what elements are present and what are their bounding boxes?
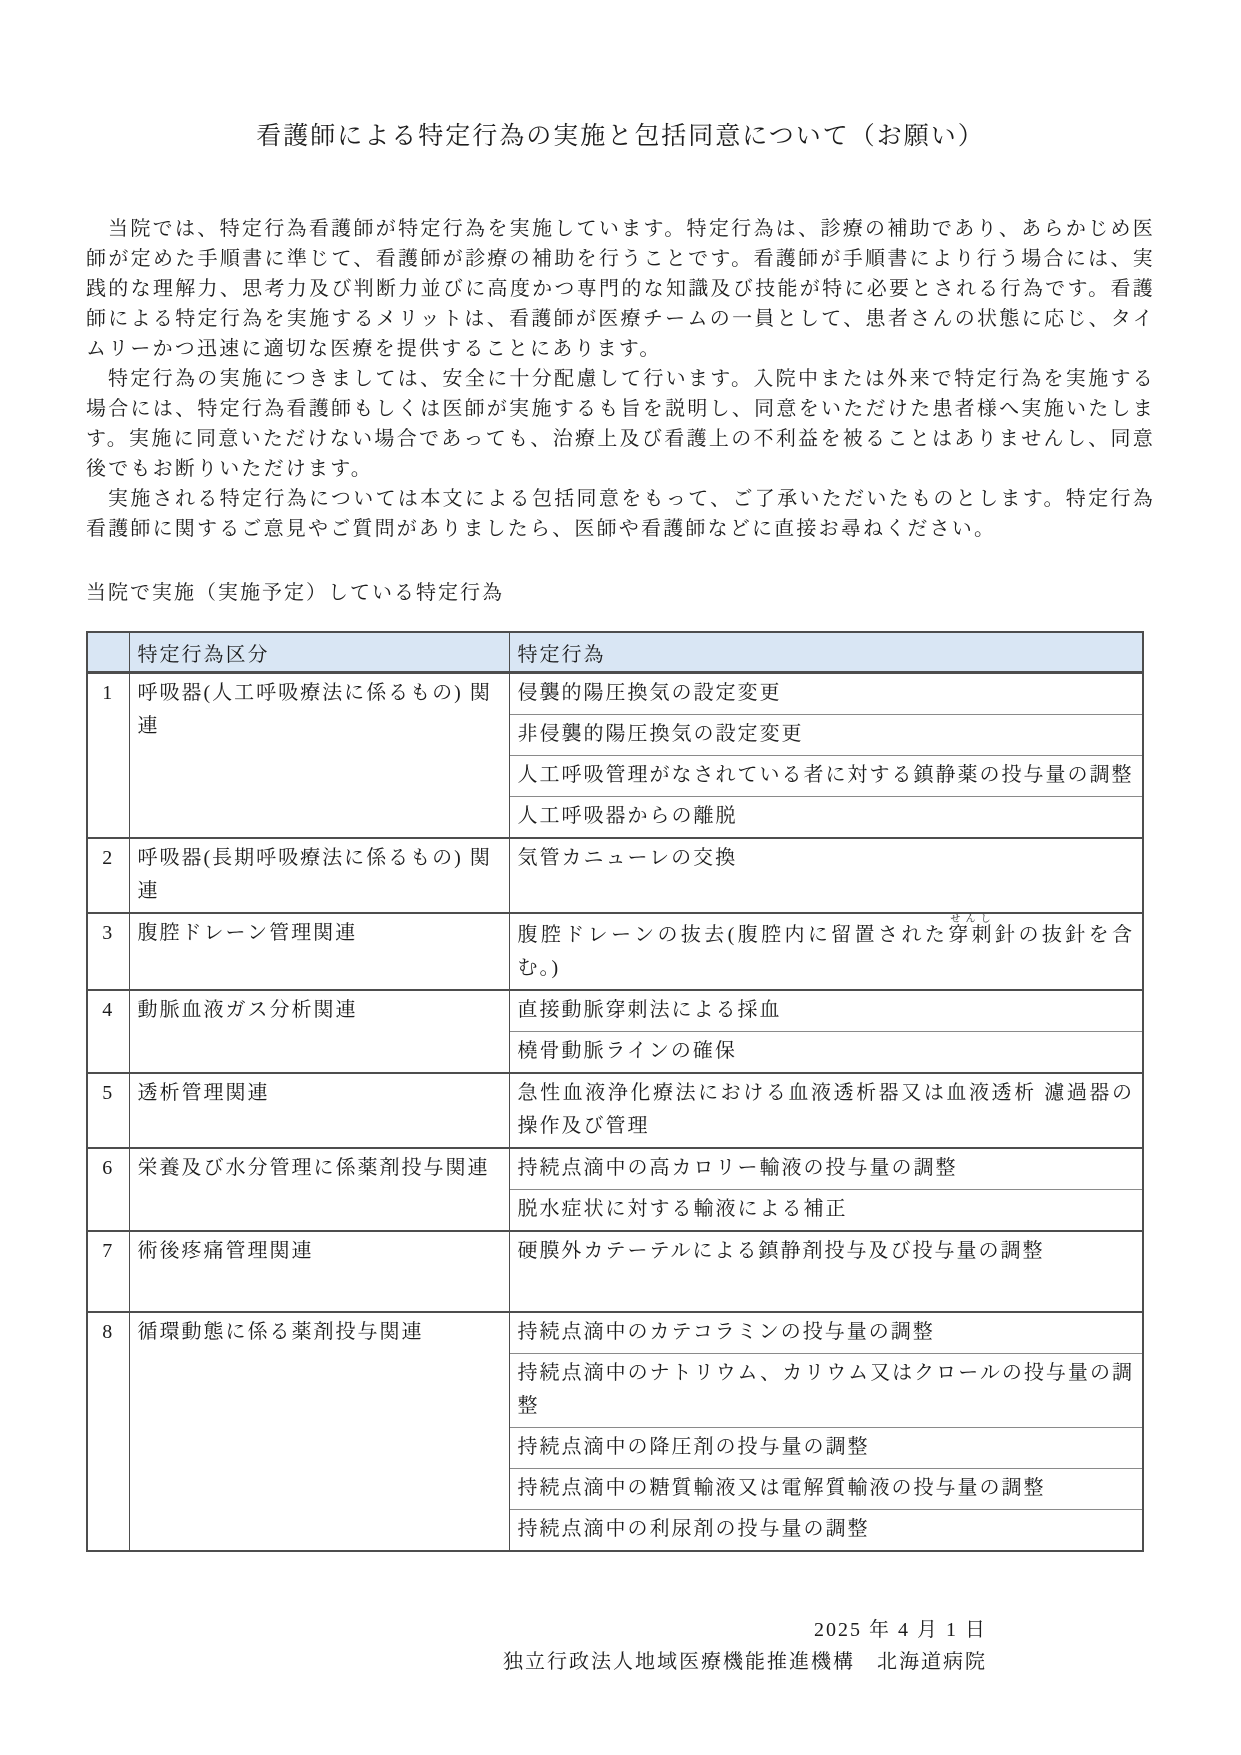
ruby-annotation: 穿刺せんし [948, 924, 995, 946]
footer-organization: 独立行政法人地域医療機能推進機構 北海道病院 [86, 1646, 987, 1678]
document-page: 看護師による特定行為の実施と包括同意について（お願い） 当院では、特定行為看護師… [0, 0, 1241, 1755]
procedure-cell: 硬膜外カテーテルによる鎮静剤投与及び投与量の調整 [509, 1231, 1143, 1312]
procedure-cell: 持続点滴中のナトリウム、カリウム又はクロールの投与量の調整 [509, 1354, 1143, 1428]
category-cell: 透析管理関連 [129, 1073, 509, 1148]
procedure-cell: 気管カニューレの交換 [509, 838, 1143, 913]
table-row: 7術後疼痛管理関連硬膜外カテーテルによる鎮静剤投与及び投与量の調整 [87, 1231, 1143, 1312]
table-header-row: 特定行為区分 特定行為 [87, 632, 1143, 673]
category-cell: 栄養及び水分管理に係薬剤投与関連 [129, 1148, 509, 1231]
procedures-table: 特定行為区分 特定行為 1呼吸器(人工呼吸療法に係るもの) 関連侵襲的陽圧換気の… [86, 631, 1144, 1552]
table-caption: 当院で実施（実施予定）している特定行為 [86, 576, 1155, 605]
document-footer: 2025 年 4 月 1 日 独立行政法人地域医療機能推進機構 北海道病院 [86, 1614, 1155, 1678]
table-row: 6栄養及び水分管理に係薬剤投与関連持続点滴中の高カロリー輸液の投与量の調整 [87, 1148, 1143, 1190]
body-paragraph-3: 実施される特定行為については本文による包括同意をもって、ご了承いただいたものとし… [86, 484, 1155, 544]
procedure-cell: 侵襲的陽圧換気の設定変更 [509, 673, 1143, 715]
procedure-cell: 持続点滴中の糖質輸液又は電解質輸液の投与量の調整 [509, 1469, 1143, 1510]
procedure-cell: 人工呼吸管理がなされている者に対する鎮静薬の投与量の調整 [509, 756, 1143, 797]
category-cell: 術後疼痛管理関連 [129, 1231, 509, 1312]
category-cell: 動脈血液ガス分析関連 [129, 990, 509, 1073]
procedure-cell: 橈骨動脈ラインの確保 [509, 1032, 1143, 1074]
row-number-cell: 7 [87, 1231, 129, 1312]
category-cell: 呼吸器(人工呼吸療法に係るもの) 関連 [129, 673, 509, 839]
category-cell: 呼吸器(長期呼吸療法に係るもの) 関連 [129, 838, 509, 913]
procedure-cell: 脱水症状に対する輸液による補正 [509, 1190, 1143, 1232]
body-text: 当院では、特定行為看護師が特定行為を実施しています。特定行為は、診療の補助であり… [86, 214, 1155, 544]
row-number-cell: 2 [87, 838, 129, 913]
table-row: 2呼吸器(長期呼吸療法に係るもの) 関連気管カニューレの交換 [87, 838, 1143, 913]
document-title: 看護師による特定行為の実施と包括同意について（お願い） [86, 116, 1155, 152]
body-paragraph-1: 当院では、特定行為看護師が特定行為を実施しています。特定行為は、診療の補助であり… [86, 214, 1155, 364]
procedure-cell: 急性血液浄化療法における血液透析器又は血液透析 濾過器の操作及び管理 [509, 1073, 1143, 1148]
header-category-cell: 特定行為区分 [129, 632, 509, 673]
footer-date: 2025 年 4 月 1 日 [86, 1614, 987, 1646]
category-cell: 循環動態に係る薬剤投与関連 [129, 1312, 509, 1551]
procedure-cell: 持続点滴中の降圧剤の投与量の調整 [509, 1428, 1143, 1469]
procedure-cell: 人工呼吸器からの離脱 [509, 797, 1143, 839]
procedure-cell: 非侵襲的陽圧換気の設定変更 [509, 715, 1143, 756]
procedure-cell: 腹腔ドレーンの抜去(腹腔内に留置された穿刺せんし針の抜針を含む。) [509, 913, 1143, 990]
row-number-cell: 6 [87, 1148, 129, 1231]
row-number-cell: 4 [87, 990, 129, 1073]
procedure-cell: 直接動脈穿刺法による採血 [509, 990, 1143, 1032]
body-paragraph-2: 特定行為の実施につきましては、安全に十分配慮して行います。入院中または外来で特定… [86, 364, 1155, 484]
header-procedure-cell: 特定行為 [509, 632, 1143, 673]
header-number-cell [87, 632, 129, 673]
category-cell: 腹腔ドレーン管理関連 [129, 913, 509, 990]
row-number-cell: 1 [87, 673, 129, 839]
table-row: 5透析管理関連急性血液浄化療法における血液透析器又は血液透析 濾過器の操作及び管… [87, 1073, 1143, 1148]
procedure-cell: 持続点滴中の高カロリー輸液の投与量の調整 [509, 1148, 1143, 1190]
row-number-cell: 5 [87, 1073, 129, 1148]
table-row: 8循環動態に係る薬剤投与関連持続点滴中のカテコラミンの投与量の調整 [87, 1312, 1143, 1354]
row-number-cell: 8 [87, 1312, 129, 1551]
table-body: 1呼吸器(人工呼吸療法に係るもの) 関連侵襲的陽圧換気の設定変更非侵襲的陽圧換気… [87, 673, 1143, 1552]
procedure-cell: 持続点滴中の利尿剤の投与量の調整 [509, 1510, 1143, 1552]
table-row: 1呼吸器(人工呼吸療法に係るもの) 関連侵襲的陽圧換気の設定変更 [87, 673, 1143, 715]
table-row: 4動脈血液ガス分析関連直接動脈穿刺法による採血 [87, 990, 1143, 1032]
row-number-cell: 3 [87, 913, 129, 990]
table-row: 3腹腔ドレーン管理関連腹腔ドレーンの抜去(腹腔内に留置された穿刺せんし針の抜針を… [87, 913, 1143, 990]
procedure-cell: 持続点滴中のカテコラミンの投与量の調整 [509, 1312, 1143, 1354]
